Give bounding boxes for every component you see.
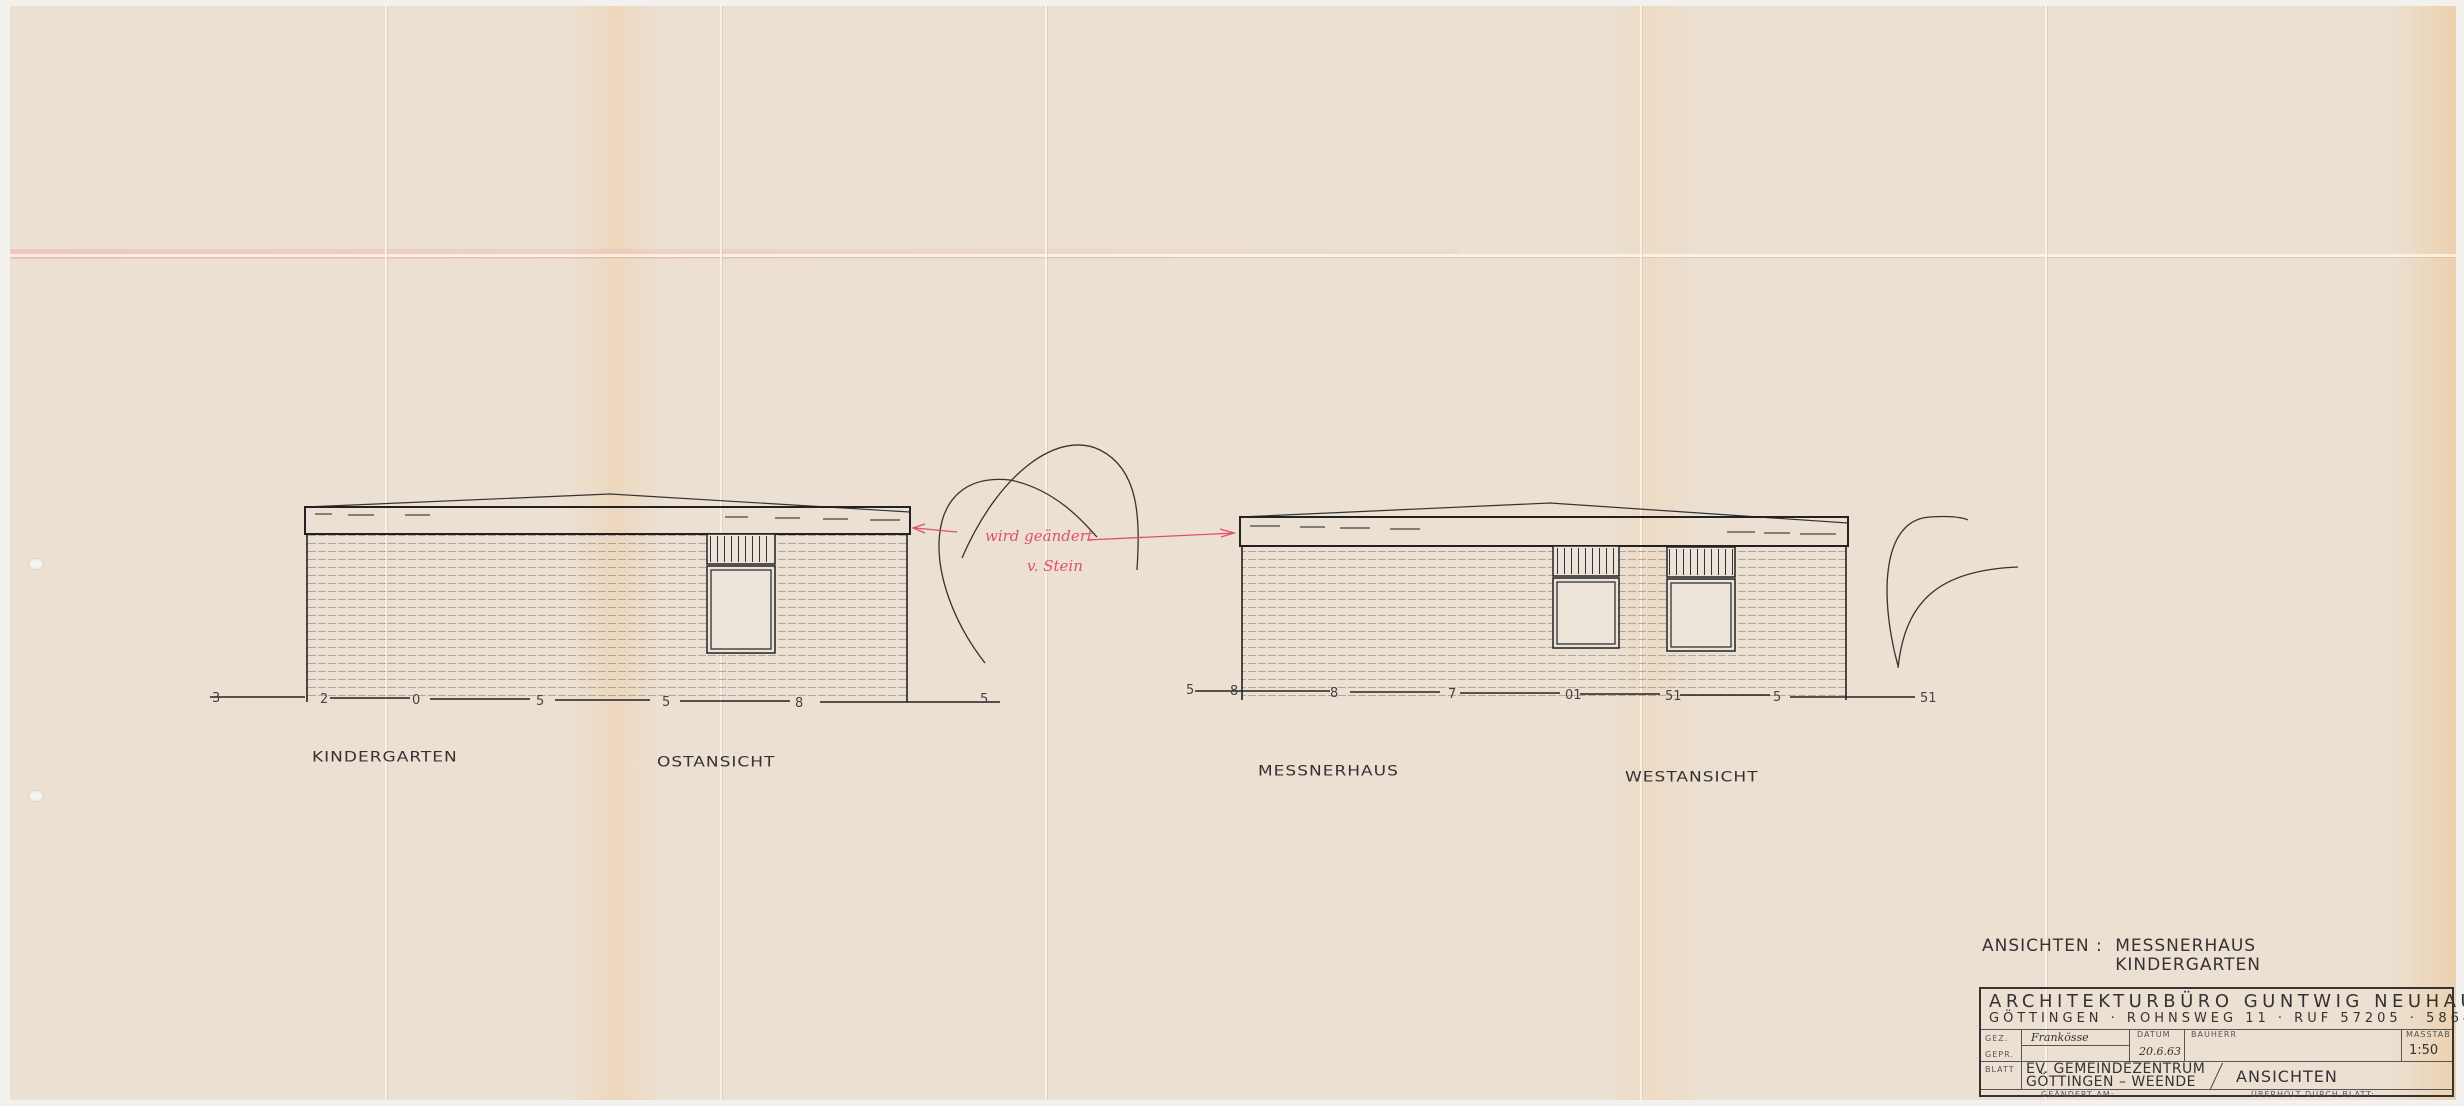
sheet-heading-subject: MESSNERHAUS [2115, 937, 2261, 956]
divider [2401, 1029, 2402, 1061]
firm-address: GÖTTINGEN · ROHNSWEG 11 · RUF 57205 · 58… [1989, 1011, 2464, 1026]
slash-divider [2210, 1063, 2224, 1089]
svg-text:5: 5 [980, 692, 988, 707]
project-line: GÖTTINGEN – WEENDE [2026, 1076, 2205, 1089]
building-label-kindergarten: KINDERGARTEN [312, 749, 458, 766]
project-name: EV. GEMEINDEZENTRUM GÖTTINGEN – WEENDE [2026, 1063, 2205, 1089]
svg-text:8: 8 [1230, 684, 1238, 699]
sheet-heading-subject: KINDERGARTEN [2115, 956, 2261, 975]
gez-value: Frankösse [2031, 1031, 2089, 1044]
label-gepr: GEPR. [1985, 1050, 2014, 1059]
messnerhaus-elevation [1195, 503, 1915, 700]
datum-value: 20.6.63 [2139, 1045, 2181, 1058]
svg-text:7: 7 [1448, 687, 1456, 702]
svg-text:2: 2 [320, 692, 328, 707]
correction-note-line1: wird geändert [985, 527, 1093, 545]
divider [2021, 1029, 2022, 1089]
tree-symbol [1887, 517, 2018, 668]
label-gez: GEZ. [1985, 1034, 2008, 1043]
sheet-heading-label: ANSICHTEN : [1982, 936, 2103, 956]
svg-text:5: 5 [662, 695, 670, 710]
building-label-messnerhaus: MESSNERHAUS [1258, 763, 1399, 780]
svg-text:8: 8 [795, 696, 803, 711]
sheet-heading: ANSICHTEN : MESSNERHAUS KINDERGARTEN [1982, 937, 2261, 975]
label-geaendert: GEÄNDERT AM: [2041, 1090, 2114, 1099]
svg-text:8: 8 [1330, 686, 1338, 701]
label-ueberholt: ÜBERHOLT DURCH BLATT: [2251, 1090, 2375, 1099]
kindergarten-elevation [210, 494, 1000, 702]
svg-text:01: 01 [1565, 688, 1582, 703]
tree-symbol [939, 445, 1138, 663]
label-blatt: BLATT [1985, 1065, 2015, 1074]
svg-text:51: 51 [1920, 691, 1937, 706]
divider [2184, 1029, 2185, 1061]
label-masstab: MASSTAB [2406, 1030, 2451, 1039]
svg-text:51: 51 [1665, 689, 1682, 704]
svg-text:5: 5 [536, 694, 544, 709]
divider [2129, 1029, 2130, 1061]
label-bauherr: BAUHERR [2191, 1030, 2237, 1039]
firm-name: ARCHITEKTURBÜRO GUNTWIG NEUHAUS [1989, 991, 2464, 1012]
label-datum: DATUM [2137, 1030, 2171, 1039]
title-block: ARCHITEKTURBÜRO GUNTWIG NEUHAUS GÖTTINGE… [1979, 987, 2454, 1097]
correction-note-line2: v. Stein [1027, 557, 1083, 575]
svg-text:0: 0 [412, 693, 420, 708]
divider [2021, 1045, 2129, 1046]
view-label-ostansicht: OSTANSICHT [657, 754, 775, 771]
svg-text:5: 5 [1186, 683, 1194, 698]
view-label-westansicht: WESTANSICHT [1625, 769, 1759, 786]
svg-text:3: 3 [212, 691, 220, 706]
svg-text:5: 5 [1773, 690, 1781, 705]
masstab-value: 1:50 [2409, 1043, 2438, 1058]
sheet-title: ANSICHTEN [2236, 1067, 2338, 1086]
